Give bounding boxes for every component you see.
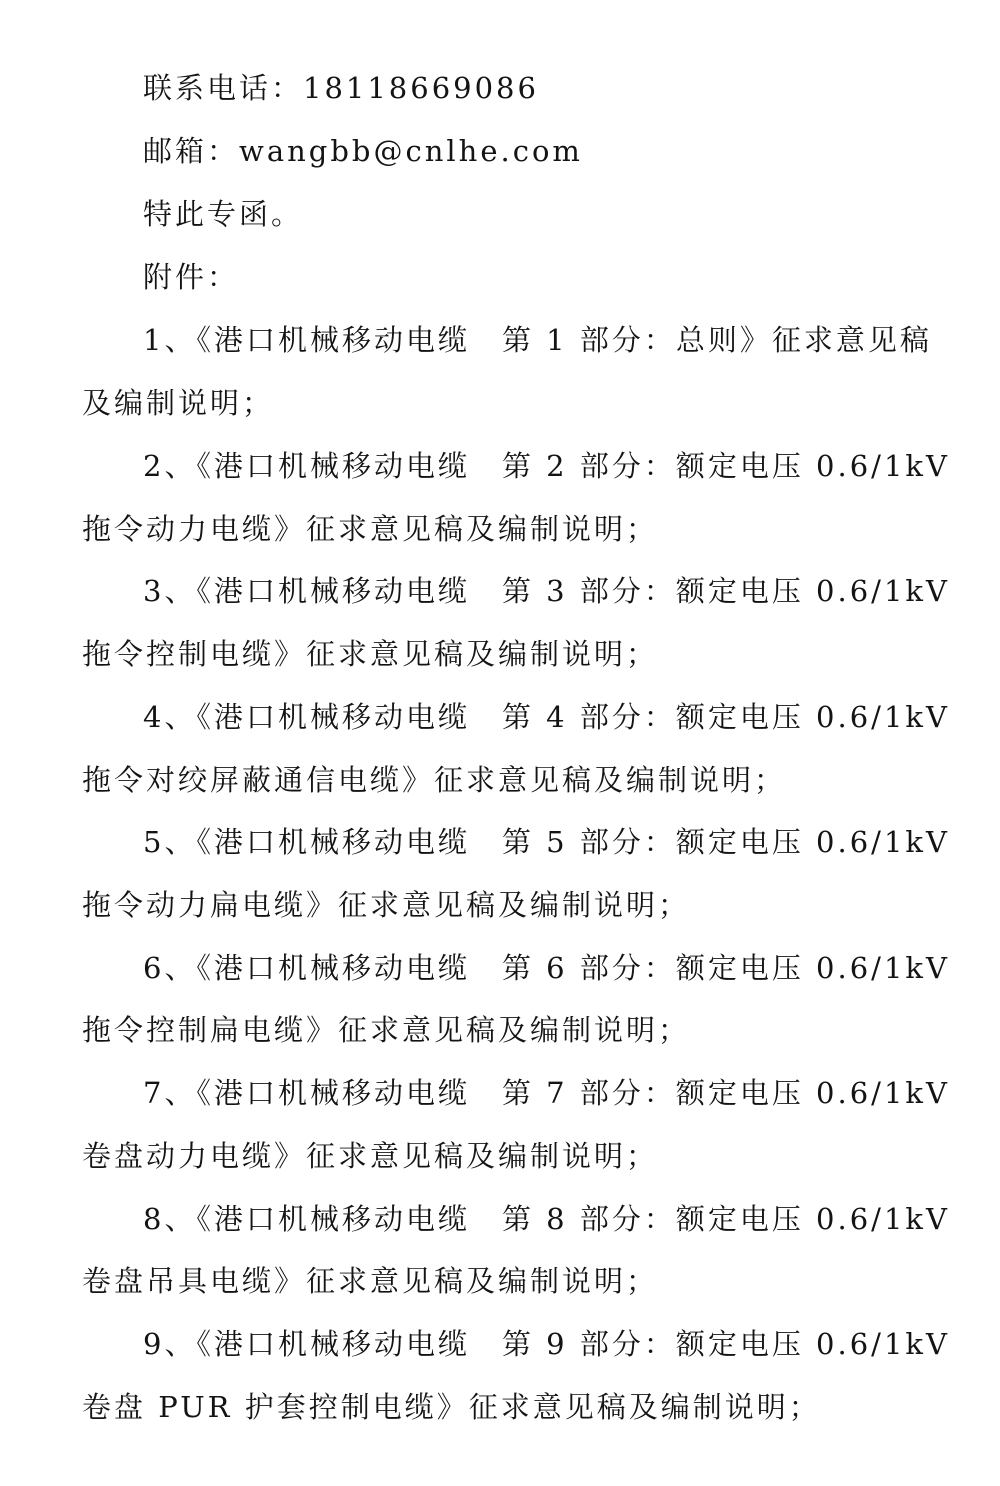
attachment-5-line1: 5、《港口机械移动电缆 第 5 部分：额定电压 0.6/1kV [143, 822, 950, 862]
attachment-9-line1: 9、《港口机械移动电缆 第 9 部分：额定电压 0.6/1kV [143, 1324, 950, 1364]
attachments-label: 附件： [143, 257, 239, 297]
attachment-7-line1: 7、《港口机械移动电缆 第 7 部分：额定电压 0.6/1kV [143, 1073, 950, 1113]
attachment-8-line1: 8、《港口机械移动电缆 第 8 部分：额定电压 0.6/1kV [143, 1199, 950, 1239]
attachment-8-line2: 卷盘吊具电缆》征求意见稿及编制说明； [82, 1261, 658, 1301]
attachment-1-line2: 及编制说明； [82, 383, 274, 423]
attachment-2-line2: 拖令动力电缆》征求意见稿及编制说明； [82, 509, 658, 549]
attachment-3-line2: 拖令控制电缆》征求意见稿及编制说明； [82, 634, 658, 674]
attachment-7-line2: 卷盘动力电缆》征求意见稿及编制说明； [82, 1136, 658, 1176]
contact-phone: 联系电话：18118669086 [143, 68, 539, 108]
attachment-3-line1: 3、《港口机械移动电缆 第 3 部分：额定电压 0.6/1kV [143, 571, 950, 611]
attachment-5-line2: 拖令动力扁电缆》征求意见稿及编制说明； [82, 885, 690, 925]
closing-remark: 特此专函。 [143, 194, 303, 234]
attachment-6-line2: 拖令控制扁电缆》征求意见稿及编制说明； [82, 1010, 690, 1050]
attachment-4-line2: 拖令对绞屏蔽通信电缆》征求意见稿及编制说明； [82, 760, 786, 800]
attachment-4-line1: 4、《港口机械移动电缆 第 4 部分：额定电压 0.6/1kV [143, 697, 950, 737]
attachment-9-line2: 卷盘 PUR 护套控制电缆》征求意见稿及编制说明； [82, 1387, 821, 1427]
attachment-6-line1: 6、《港口机械移动电缆 第 6 部分：额定电压 0.6/1kV [143, 948, 950, 988]
attachment-2-line1: 2、《港口机械移动电缆 第 2 部分：额定电压 0.6/1kV [143, 446, 950, 486]
document-page: 联系电话：18118669086 邮箱：wangbb@cnlhe.com 特此专… [0, 0, 1000, 1486]
attachment-1-line1: 1、《港口机械移动电缆 第 1 部分：总则》征求意见稿 [143, 320, 913, 360]
contact-email: 邮箱：wangbb@cnlhe.com [143, 131, 583, 171]
